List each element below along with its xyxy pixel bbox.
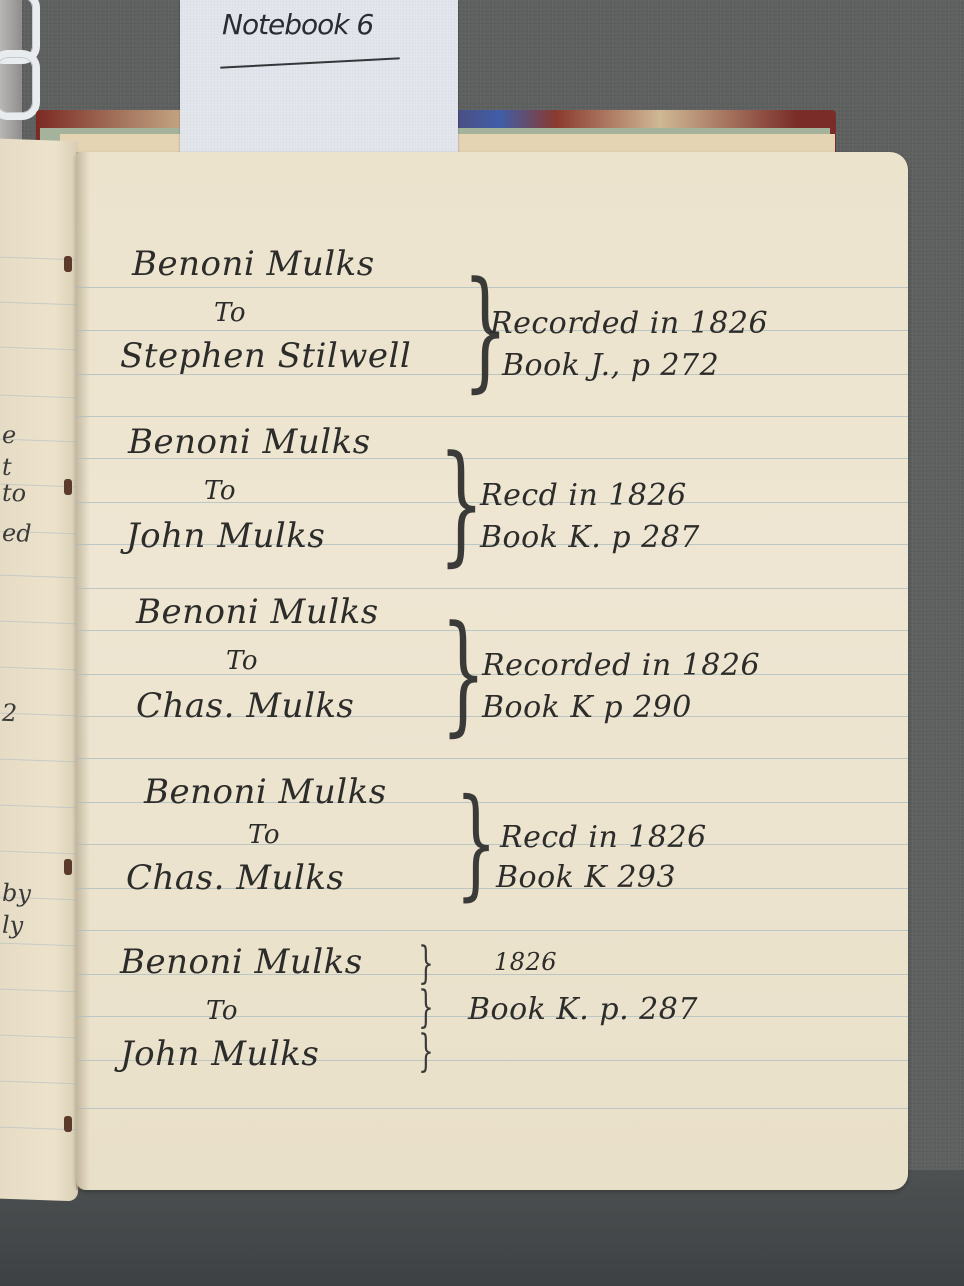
notebook-label-text: Notebook 6 bbox=[222, 8, 373, 41]
left-page-fragment: 2 bbox=[2, 699, 17, 728]
grantee-name: Chas. Mulks bbox=[126, 858, 344, 898]
brace-icon: } bbox=[455, 784, 497, 904]
brace-icon: } bbox=[418, 1030, 433, 1074]
grantee-name: John Mulks bbox=[126, 516, 325, 556]
record-line-1: Recd in 1826 bbox=[500, 820, 707, 855]
connector-to: To bbox=[226, 646, 258, 676]
grantor-name: Benoni Mulks bbox=[136, 592, 379, 632]
brace-icon: } bbox=[418, 942, 433, 986]
binding-hole bbox=[64, 479, 72, 495]
record-line-2: Book K p 290 bbox=[482, 690, 692, 725]
grantor-name: Benoni Mulks bbox=[144, 772, 387, 812]
binding-hole bbox=[64, 859, 72, 875]
record-line-2: Book K 293 bbox=[496, 860, 676, 895]
connector-to: To bbox=[214, 298, 246, 328]
grantee-name: Stephen Stilwell bbox=[120, 336, 411, 376]
gutter-shadow bbox=[76, 152, 90, 1190]
binding-hole bbox=[64, 256, 72, 272]
brace-icon: } bbox=[418, 986, 433, 1030]
left-page-fragment: to bbox=[2, 479, 26, 508]
white-cord bbox=[0, 0, 40, 130]
notebook-label-card: Notebook 6 bbox=[180, 0, 458, 152]
grantor-name: Benoni Mulks bbox=[128, 422, 371, 462]
brace-icon: } bbox=[441, 608, 486, 738]
record-line-1: 1826 bbox=[494, 948, 557, 976]
record-line-1: Recorded in 1826 bbox=[482, 648, 760, 683]
grantor-name: Benoni Mulks bbox=[120, 942, 363, 982]
grantee-name: Chas. Mulks bbox=[136, 686, 354, 726]
left-page-fragment: by bbox=[2, 879, 31, 908]
grantor-name: Benoni Mulks bbox=[132, 244, 375, 284]
left-page-fragment: ly bbox=[2, 911, 23, 940]
left-page-fragment: ed bbox=[2, 519, 32, 548]
record-line-2: Book J., p 272 bbox=[502, 348, 719, 383]
record-line-1: Recorded in 1826 bbox=[490, 306, 768, 341]
left-page-fragment: e bbox=[2, 421, 16, 449]
connector-to: To bbox=[248, 820, 280, 850]
record-line-2: Book K. p. 287 bbox=[468, 992, 698, 1027]
right-page: Benoni Mulks To Stephen Stilwell } Recor… bbox=[76, 152, 908, 1190]
left-page-fragment: t bbox=[2, 453, 12, 481]
record-line-2: Book K. p 287 bbox=[480, 520, 700, 555]
grantee-name: John Mulks bbox=[120, 1034, 319, 1074]
brace-icon: } bbox=[439, 438, 484, 568]
label-underline bbox=[220, 57, 400, 68]
left-page: e t to ed 2 by ly bbox=[0, 139, 78, 1202]
record-line-1: Recd in 1826 bbox=[480, 478, 687, 513]
binding-hole bbox=[64, 1116, 72, 1132]
connector-to: To bbox=[206, 996, 238, 1026]
connector-to: To bbox=[204, 476, 236, 506]
